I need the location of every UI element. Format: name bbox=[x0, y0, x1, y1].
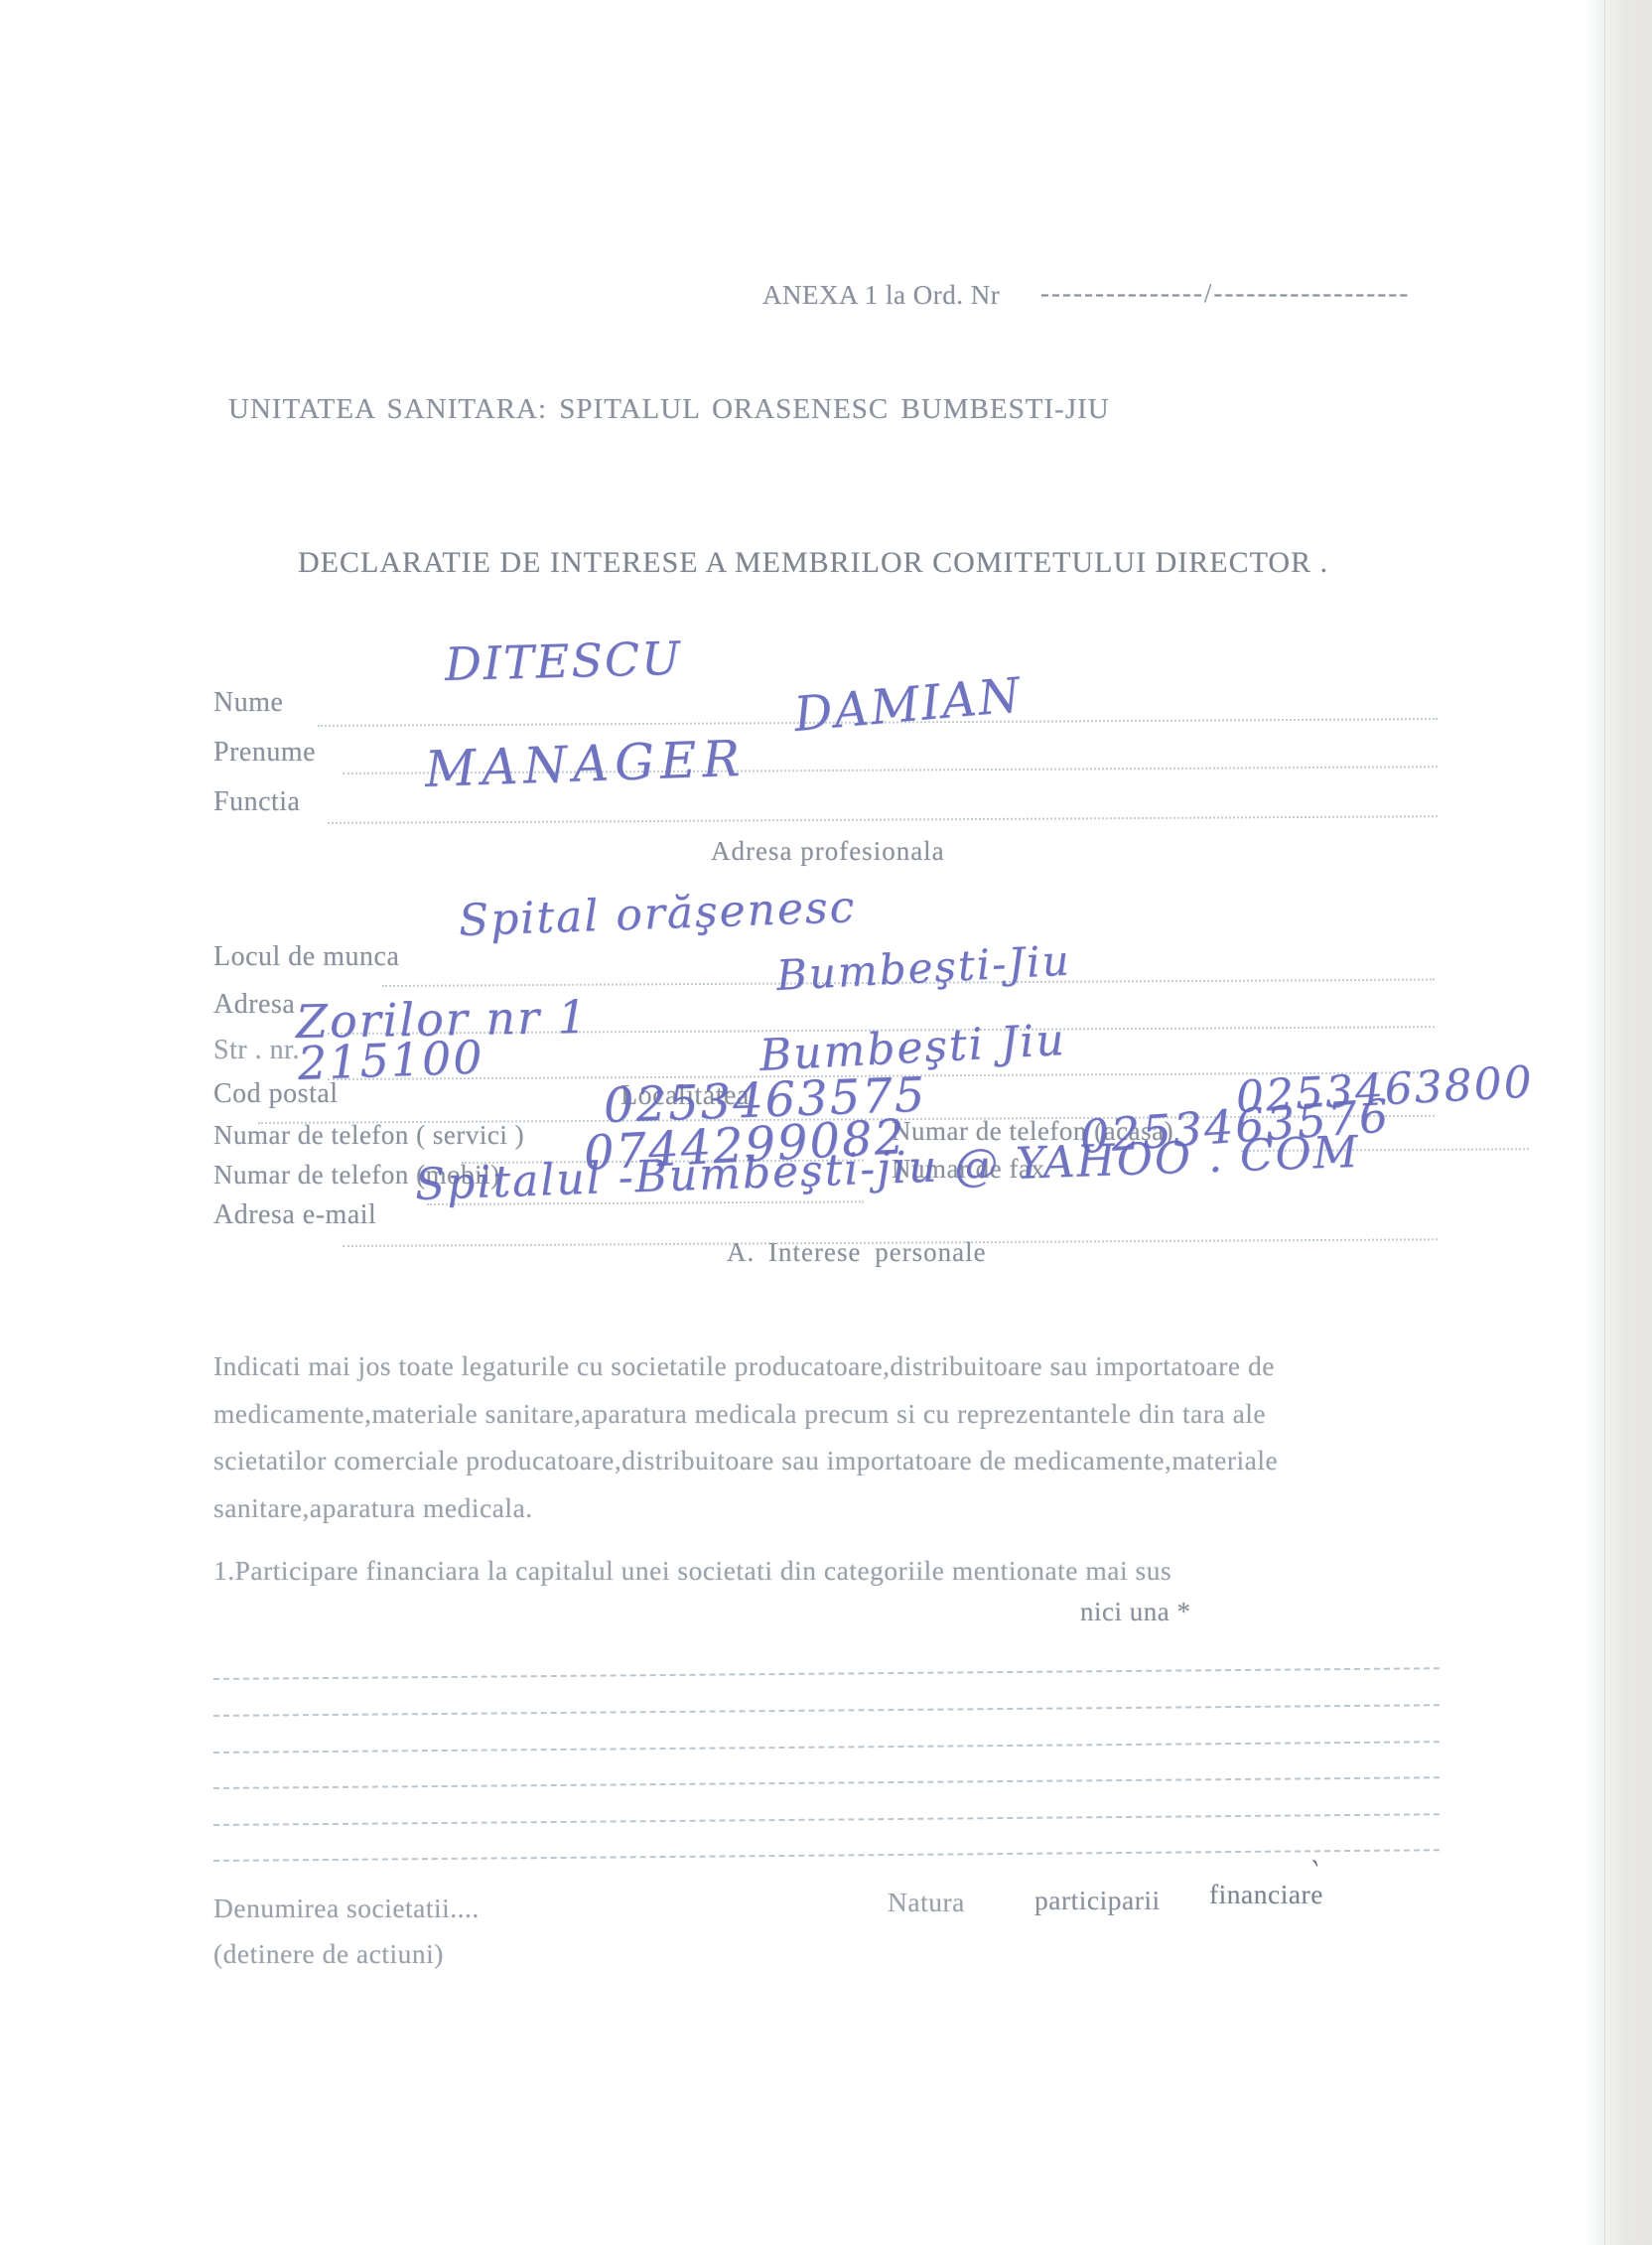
adresa-value-handwritten: Bumbeşti-Jiu bbox=[775, 935, 1072, 999]
item1-text: 1.Participare financiara la capitalul un… bbox=[213, 1555, 1171, 1587]
nici-una-text: nici una * bbox=[1080, 1597, 1190, 1627]
anexa-header-dashes: ---------------/------------------ bbox=[1040, 278, 1410, 309]
scanned-document-page: ANEXA 1 la Ord. Nr ---------------/-----… bbox=[0, 0, 1652, 2245]
locul-de-munca-label: Locul de munca bbox=[213, 941, 399, 973]
scan-edge-shadow bbox=[1583, 0, 1605, 2245]
anexa-header-label: ANEXA 1 la Ord. Nr bbox=[762, 280, 1000, 311]
answer-line-1 bbox=[213, 1667, 1440, 1680]
answer-line-5 bbox=[213, 1813, 1440, 1826]
financiare-label: financiare bbox=[1209, 1879, 1323, 1910]
detinere-actiuni-label: (detinere de actiuni) bbox=[213, 1938, 444, 1970]
section-a-heading: A. Interese personale bbox=[727, 1237, 987, 1268]
paragraph-line-2: medicamente,materiale sanitare,aparatura… bbox=[213, 1390, 1278, 1438]
nume-value-handwritten: DITESCU bbox=[444, 631, 682, 691]
paragraph-line-3: scietatilor comerciale producatoare,dist… bbox=[213, 1437, 1278, 1484]
str-nr-label: Str . nr. bbox=[213, 1035, 300, 1066]
cod-postal-value-handwritten: 215100 bbox=[297, 1030, 484, 1090]
adresa-profesionala-heading: Adresa profesionala bbox=[711, 836, 945, 867]
instructions-paragraph: Indicati mai jos toate legaturile cu soc… bbox=[213, 1342, 1278, 1531]
telefon-servici-label: Numar de telefon ( servici ) bbox=[213, 1120, 524, 1151]
answer-line-4 bbox=[213, 1776, 1440, 1789]
nume-label: Nume bbox=[213, 687, 283, 719]
paragraph-line-4: sanitare,aparatura medicala. bbox=[213, 1484, 1278, 1532]
answer-line-3 bbox=[213, 1741, 1440, 1754]
participarii-label: participarii bbox=[1034, 1885, 1161, 1916]
prenume-value-handwritten: DAMIAN bbox=[792, 667, 1025, 743]
functia-label: Functia bbox=[213, 786, 301, 818]
answer-line-6 bbox=[213, 1849, 1440, 1862]
locul-de-munca-value-handwritten: Spital orăşenesc bbox=[458, 882, 857, 946]
scan-page-edge bbox=[1604, 0, 1652, 2245]
document-title: DECLARATIE DE INTERESE A MEMBRILOR COMIT… bbox=[298, 546, 1328, 580]
prenume-label: Prenume bbox=[213, 737, 316, 769]
functia-line bbox=[328, 815, 1438, 824]
natura-label: Natura bbox=[888, 1887, 965, 1918]
unit-line: UNITATEA SANITARA: SPITALUL ORASENESC BU… bbox=[228, 393, 1110, 426]
adresa-label: Adresa bbox=[213, 989, 295, 1021]
email-label: Adresa e-mail bbox=[213, 1199, 376, 1231]
paragraph-line-1: Indicati mai jos toate legaturile cu soc… bbox=[213, 1342, 1278, 1390]
functia-value-handwritten: MANAGER bbox=[424, 730, 747, 798]
denumirea-societatii-label: Denumirea societatii.... bbox=[213, 1893, 480, 1924]
answer-line-2 bbox=[213, 1704, 1440, 1717]
